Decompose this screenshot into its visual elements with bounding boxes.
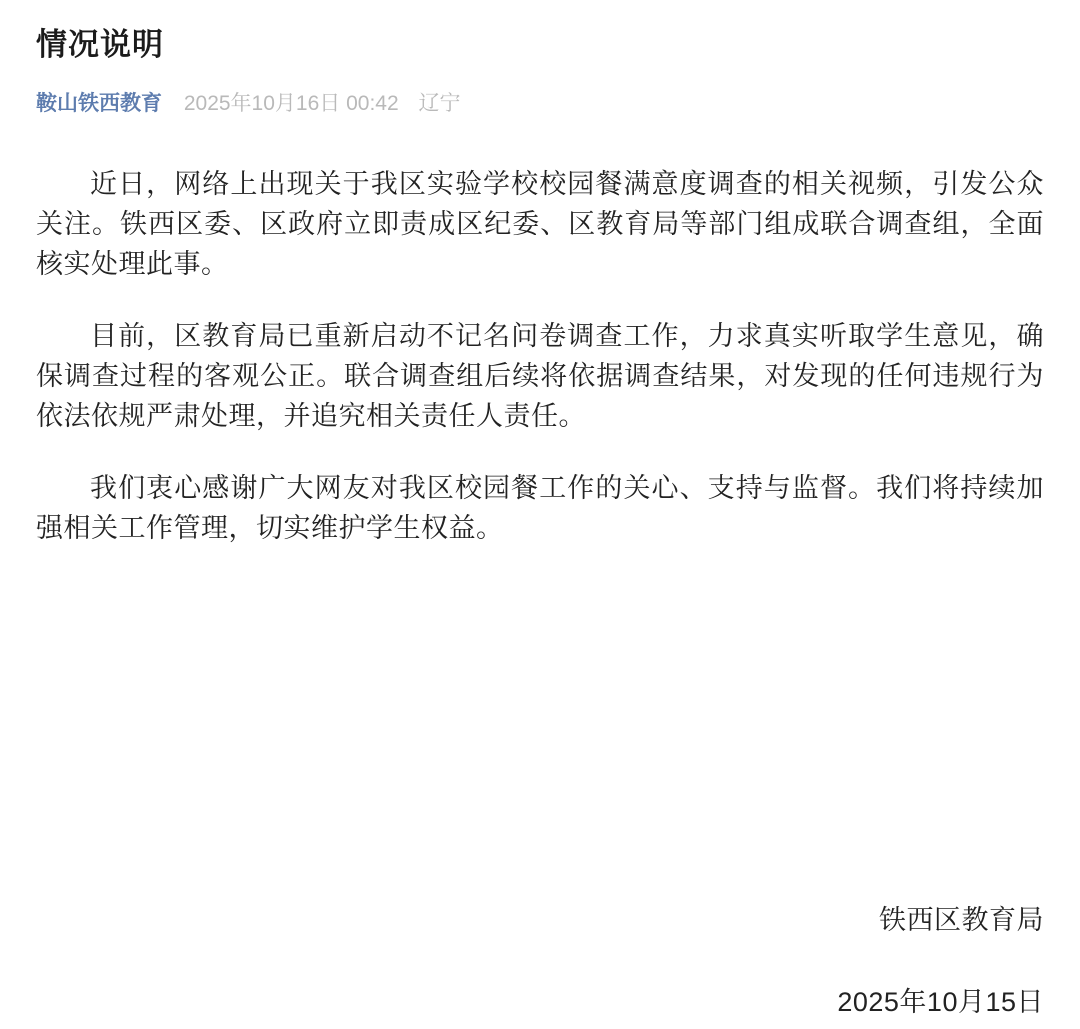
signature-date: 2025年10月15日: [36, 982, 1044, 1022]
publish-datetime: 2025年10月16日 00:42: [184, 92, 399, 115]
article-meta: 鞍山铁西教育 2025年10月16日 00:42 辽宁: [36, 90, 1044, 118]
article-body: 近日，网络上出现关于我区实验学校校园餐满意度调查的相关视频，引发公众关注。铁西区…: [36, 164, 1044, 548]
publish-location: 辽宁: [419, 92, 461, 115]
signature-block: 铁西区教育局 2025年10月15日: [36, 900, 1044, 1022]
paragraph-1: 近日，网络上出现关于我区实验学校校园餐满意度调查的相关视频，引发公众关注。铁西区…: [36, 164, 1044, 284]
author-link[interactable]: 鞍山铁西教育: [36, 92, 162, 115]
paragraph-3: 我们衷心感谢广大网友对我区校园餐工作的关心、支持与监督。我们将持续加强相关工作管…: [36, 468, 1044, 548]
page-title: 情况说明: [36, 26, 1044, 64]
article-page: 情况说明 鞍山铁西教育 2025年10月16日 00:42 辽宁 近日，网络上出…: [0, 0, 1080, 1029]
paragraph-2: 目前，区教育局已重新启动不记名问卷调查工作，力求真实听取学生意见，确保调查过程的…: [36, 316, 1044, 436]
signature-organization: 铁西区教育局: [36, 900, 1044, 940]
